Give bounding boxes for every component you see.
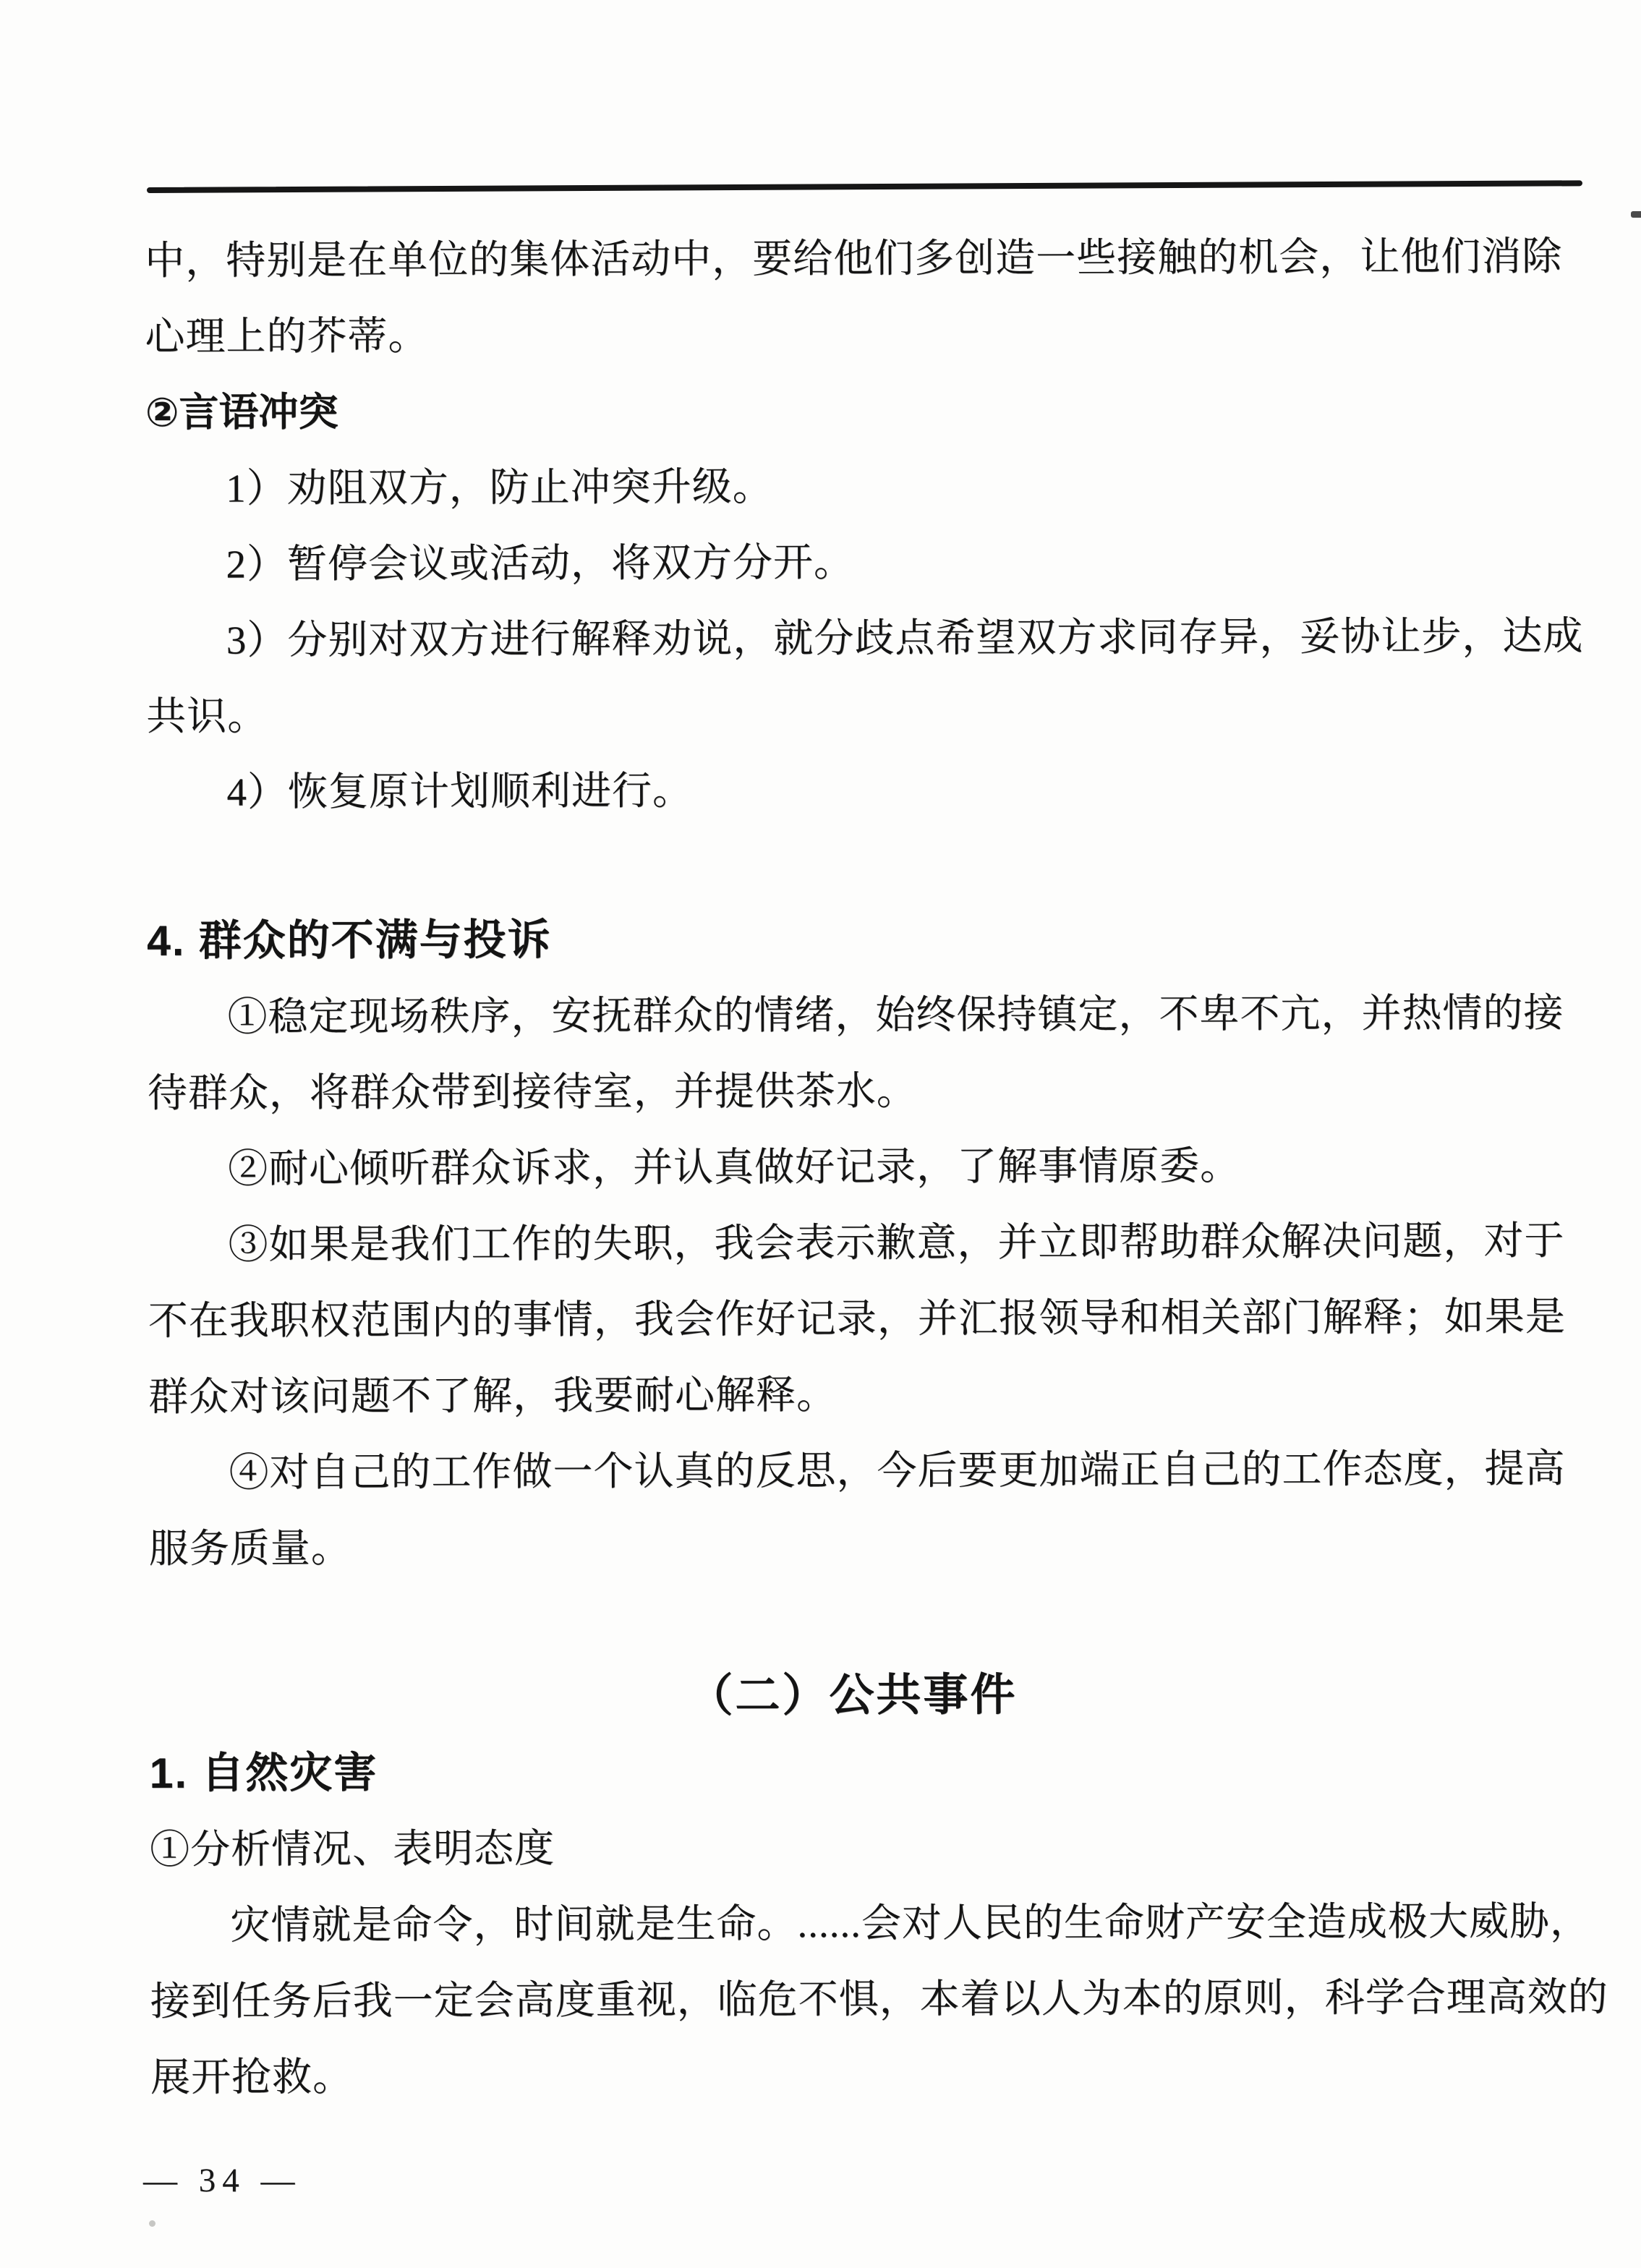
list-item: 2）暂停会议或活动，将双方分开。 (145, 522, 1552, 602)
heading-public-events: （二）公共事件 (149, 1655, 1556, 1736)
heading-verbal-conflict: ②言语冲突 (145, 370, 1552, 451)
heading-natural-disasters: 1. 自然灾害 (150, 1731, 1556, 1812)
document-body: 中，特别是在单位的集体活动中，要给他们多创造一些接触的机会，让他们消除心理上的芥… (145, 218, 1557, 2115)
text-line: 共识。 (146, 674, 1553, 754)
text-line: 灾情就是命令，时间就是生命。......会对人民的生命财产安全造成极大威胁， (150, 1883, 1556, 1964)
list-item: 3）分别对双方进行解释劝说，就分歧点希望双方求同存异，妥协让步，达成 (146, 598, 1553, 678)
heading-public-complaints: 4. 群众的不满与投诉 (147, 899, 1553, 979)
top-divider-line (147, 180, 1582, 193)
subheading-analyze-attitude: ①分析情况、表明态度 (150, 1807, 1556, 1888)
text-line: ①稳定现场秩序，安抚群众的情绪，始终保持镇定，不卑不亢，并热情的接 (147, 975, 1553, 1055)
scan-artifact-dot (149, 2220, 155, 2227)
text-line: 心理上的芥蒂。 (145, 294, 1551, 375)
text-line: 群众对该问题不了解，我要耐心解释。 (148, 1355, 1555, 1435)
text-line: 展开抢救。 (150, 2035, 1557, 2115)
text-line: 服务质量。 (149, 1506, 1556, 1587)
list-item: 4）恢复原计划顺利进行。 (146, 750, 1553, 830)
scanned-document-page: 中，特别是在单位的集体活动中，要给他们多创造一些接触的机会，让他们消除心理上的芥… (0, 0, 1641, 2268)
list-item: 1）劝阻双方，防止冲突升级。 (145, 446, 1552, 526)
scan-artifact-edge-mark (1631, 211, 1641, 218)
text-line: 接到任务后我一定会高度重视，临危不惧，本着以人为本的原则，科学合理高效的 (150, 1959, 1557, 2039)
text-line: ②耐心倾听群众诉求，并认真做好记录，了解事情原委。 (148, 1127, 1554, 1207)
text-line: 中，特别是在单位的集体活动中，要给他们多创造一些接触的机会，让他们消除 (145, 218, 1551, 299)
text-line: ③如果是我们工作的失职，我会表示歉意，并立即帮助群众解决问题，对于 (148, 1203, 1554, 1283)
text-line: 待群众，将群众带到接待室，并提供茶水。 (148, 1051, 1554, 1131)
text-line: 不在我职权范围内的事情，我会作好记录，并汇报领导和相关部门解释；如果是 (148, 1279, 1555, 1359)
text-line: ④对自己的工作做一个认真的反思，今后要更加端正自己的工作态度，提高 (148, 1431, 1555, 1511)
page-number: — 34 — (143, 2161, 302, 2200)
